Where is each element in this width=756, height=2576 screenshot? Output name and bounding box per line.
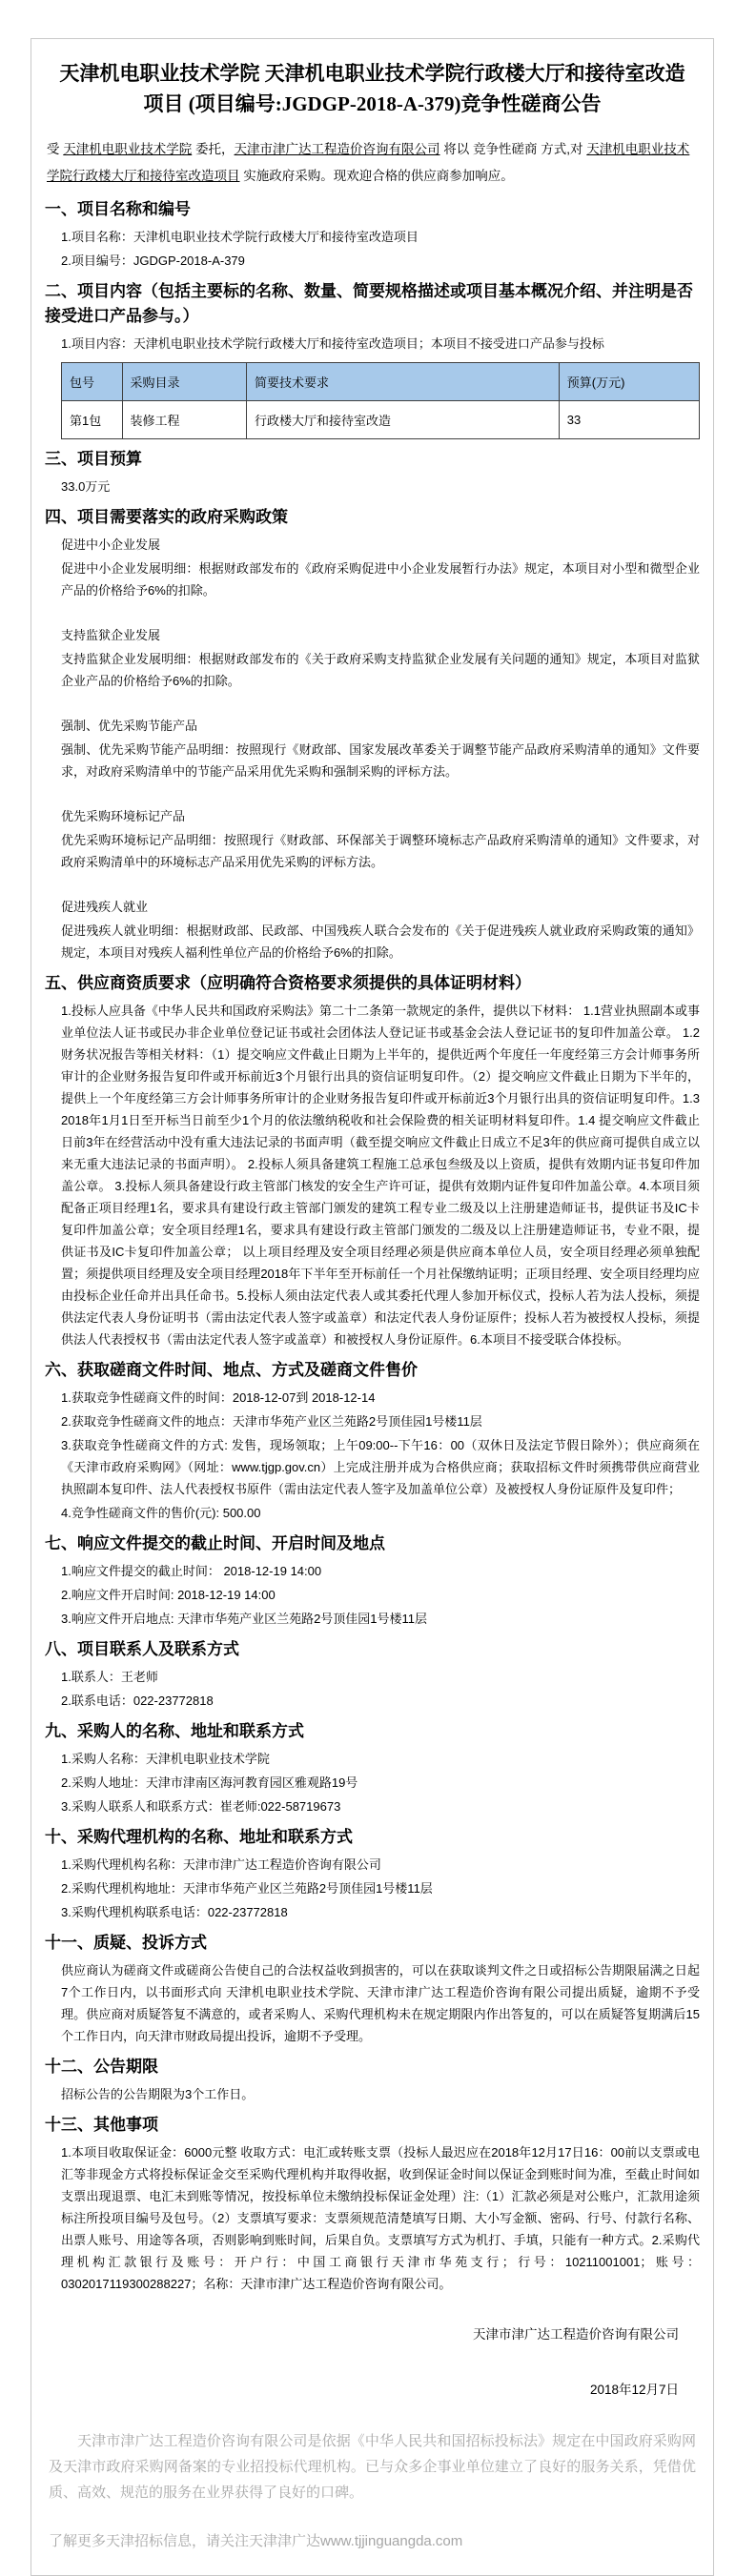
table-row: 第1包装修工程行政楼大厅和接待室改造33 [62,401,700,439]
intro-underlined-text: 天津机电职业技术学院 [63,142,192,156]
section-item: 2.获取竞争性磋商文件的地点：天津市华苑产业区兰苑路2号顶佳园1号楼11层 [45,1410,700,1432]
table-header-row: 包号采购目录简要技术要求预算(万元) [62,363,700,401]
page-title: 天津机电职业技术学院 天津机电职业技术学院行政楼大厅和接待室改造项目 (项目编号… [54,58,690,119]
section-heading: 七、响应文件提交的截止时间、开启时间及地点 [45,1531,700,1556]
section-item: 促进残疾人就业 [45,896,700,918]
section-item: 支持监狱企业发展明细：根据财政部发布的《关于政府采购支持监狱企业发展有关问题的通… [45,648,700,692]
section-heading: 十一、质疑、投诉方式 [45,1931,700,1956]
section-item: 1.采购人名称：天津机电职业技术学院 [45,1748,700,1770]
section-item: 1.响应文件提交的截止时间： 2018-12-19 14:00 [45,1560,700,1582]
footer-more-text: 了解更多天津招标信息，请关注天津津广达 [49,2533,320,2549]
section-item: 强制、优先采购节能产品 [45,715,700,737]
section-item: 2.项目编号：JGDGP-2018-A-379 [45,250,700,272]
section-heading: 十三、其他事项 [45,2113,700,2138]
section-item: 强制、优先采购节能产品明细：按照现行《财政部、国家发展改革委关于调整节能产品政府… [45,739,700,782]
section-item: 2.采购人地址：天津市津南区海河教育园区雅观路19号 [45,1772,700,1794]
table-cell: 第1包 [62,401,123,439]
section-item: 促进残疾人就业明细：根据财政部、民政部、中国残疾人联合会发布的《关于促进残疾人就… [45,920,700,963]
section-item: 1.投标人应具备《中华人民共和国政府采购法》第二十二条第一款规定的条件，提供以下… [45,1000,700,1350]
table-header-cell: 采购目录 [122,363,246,401]
section-item: 4.竞争性磋商文件的售价(元): 500.00 [45,1502,700,1524]
footer-about-text: 天津市津广达工程造价咨询有限公司是依据《中华人民共和国招标投标法》规定在中国政府… [49,2428,696,2505]
agency-footer: 天津市津广达工程造价咨询有限公司是依据《中华人民共和国招标投标法》规定在中国政府… [45,2428,700,2560]
section-item: 招标公告的公告期限为3个工作日。 [45,2083,700,2105]
table-header-cell: 简要技术要求 [247,363,560,401]
section-item: 促进中小企业发展明细：根据财政部发布的《政府采购促进中小企业发展暂行办法》规定，… [45,558,700,601]
section-heading: 六、获取磋商文件时间、地点、方式及磋商文件售价 [45,1358,700,1383]
intro-paragraph: 受 天津机电职业技术学院 委托，天津市津广达工程造价咨询有限公司 将以 竞争性磋… [47,136,698,190]
section-item: 2.响应文件开启时间: 2018-12-19 14:00 [45,1584,700,1606]
section-item: 1.本项目收取保证金：6000元整 收取方式：电汇或转账支票（投标人最迟应在20… [45,2141,700,2295]
intro-text: 将以 竞争性磋商 方式,对 [440,142,587,156]
section-item: 1.项目内容：天津机电职业技术学院行政楼大厅和接待室改造项目；本项目不接受进口产… [45,333,700,355]
section-heading: 一、项目名称和编号 [45,197,700,222]
package-spec-table: 包号采购目录简要技术要求预算(万元)第1包装修工程行政楼大厅和接待室改造33 [61,362,700,439]
announcement-document: 天津机电职业技术学院 天津机电职业技术学院行政楼大厅和接待室改造项目 (项目编号… [31,38,714,2576]
section-item: 2.采购代理机构地址：天津市华苑产业区兰苑路2号顶佳园1号楼11层 [45,1877,700,1899]
section-item: 促进中小企业发展 [45,534,700,556]
section-item: 1.项目名称：天津机电职业技术学院行政楼大厅和接待室改造项目 [45,226,700,248]
section-item: 1.采购代理机构名称：天津市津广达工程造价咨询有限公司 [45,1854,700,1876]
section-item: 1.获取竞争性磋商文件的时间：2018-12-07到 2018-12-14 [45,1387,700,1409]
section-item: 优先采购环境标记产品 [45,805,700,827]
section-item: 3.采购代理机构联系电话：022-23772818 [45,1901,700,1923]
section-item: 3.获取竞争性磋商文件的方式: 发售，现场领取；上午09:00--下午16：00… [45,1434,700,1500]
page: 天津机电职业技术学院 天津机电职业技术学院行政楼大厅和接待室改造项目 (项目编号… [0,0,756,2417]
signature-date: 2018年12月7日 [45,2379,679,2398]
section-heading: 五、供应商资质要求（应明确符合资格要求须提供的具体证明材料） [45,971,700,996]
blank-line [45,875,700,894]
table-cell: 33 [559,401,699,439]
footer-more-line: 了解更多天津招标信息，请关注天津津广达www.tjjinguangda.com [49,2528,696,2554]
section-item: 支持监狱企业发展 [45,624,700,646]
footer-website-link[interactable]: www.tjjinguangda.com [320,2533,462,2549]
blank-line [45,784,700,803]
section-heading: 八、项目联系人及联系方式 [45,1637,700,1662]
blank-line [45,694,700,713]
section-item: 3.响应文件开启地点: 天津市华苑产业区兰苑路2号顶佳园1号楼11层 [45,1608,700,1630]
section-heading: 十二、公告期限 [45,2055,700,2079]
intro-text: 委托， [192,142,234,156]
section-heading: 十、采购代理机构的名称、地址和联系方式 [45,1825,700,1850]
table-cell: 行政楼大厅和接待室改造 [247,401,560,439]
section-item: 33.0万元 [45,476,700,497]
table-header-cell: 预算(万元) [559,363,699,401]
table-cell: 装修工程 [122,401,246,439]
section-item: 3.采购人联系人和联系方式：崔老师:022-58719673 [45,1795,700,1817]
section-heading: 二、项目内容（包括主要标的名称、数量、简要规格描述或项目基本概况介绍、并注明是否… [45,279,700,329]
signature-company: 天津市津广达工程造价咨询有限公司 [45,2323,679,2343]
section-heading: 九、采购人的名称、地址和联系方式 [45,1719,700,1744]
section-item: 优先采购环境标记产品明细：按照现行《财政部、环保部关于调整环境标志产品政府采购清… [45,829,700,873]
section-item: 供应商认为磋商文件或磋商公告使自己的合法权益收到损害的，可以在获取谈判文件之日或… [45,1959,700,2047]
section-item: 2.联系电话：022-23772818 [45,1690,700,1712]
section-heading: 三、项目预算 [45,447,700,472]
intro-text: 实施政府采购。现欢迎合格的供应商参加响应。 [240,169,514,183]
blank-line [45,603,700,622]
section-heading: 四、项目需要落实的政府采购政策 [45,505,700,530]
intro-underlined-text: 天津市津广达工程造价咨询有限公司 [235,142,440,156]
signature-block: 天津市津广达工程造价咨询有限公司 2018年12月7日 [45,2323,700,2398]
table-header-cell: 包号 [62,363,123,401]
intro-text: 受 [47,142,63,156]
document-sections: 一、项目名称和编号1.项目名称：天津机电职业技术学院行政楼大厅和接待室改造项目2… [45,197,700,2295]
section-item: 1.联系人：王老师 [45,1666,700,1688]
